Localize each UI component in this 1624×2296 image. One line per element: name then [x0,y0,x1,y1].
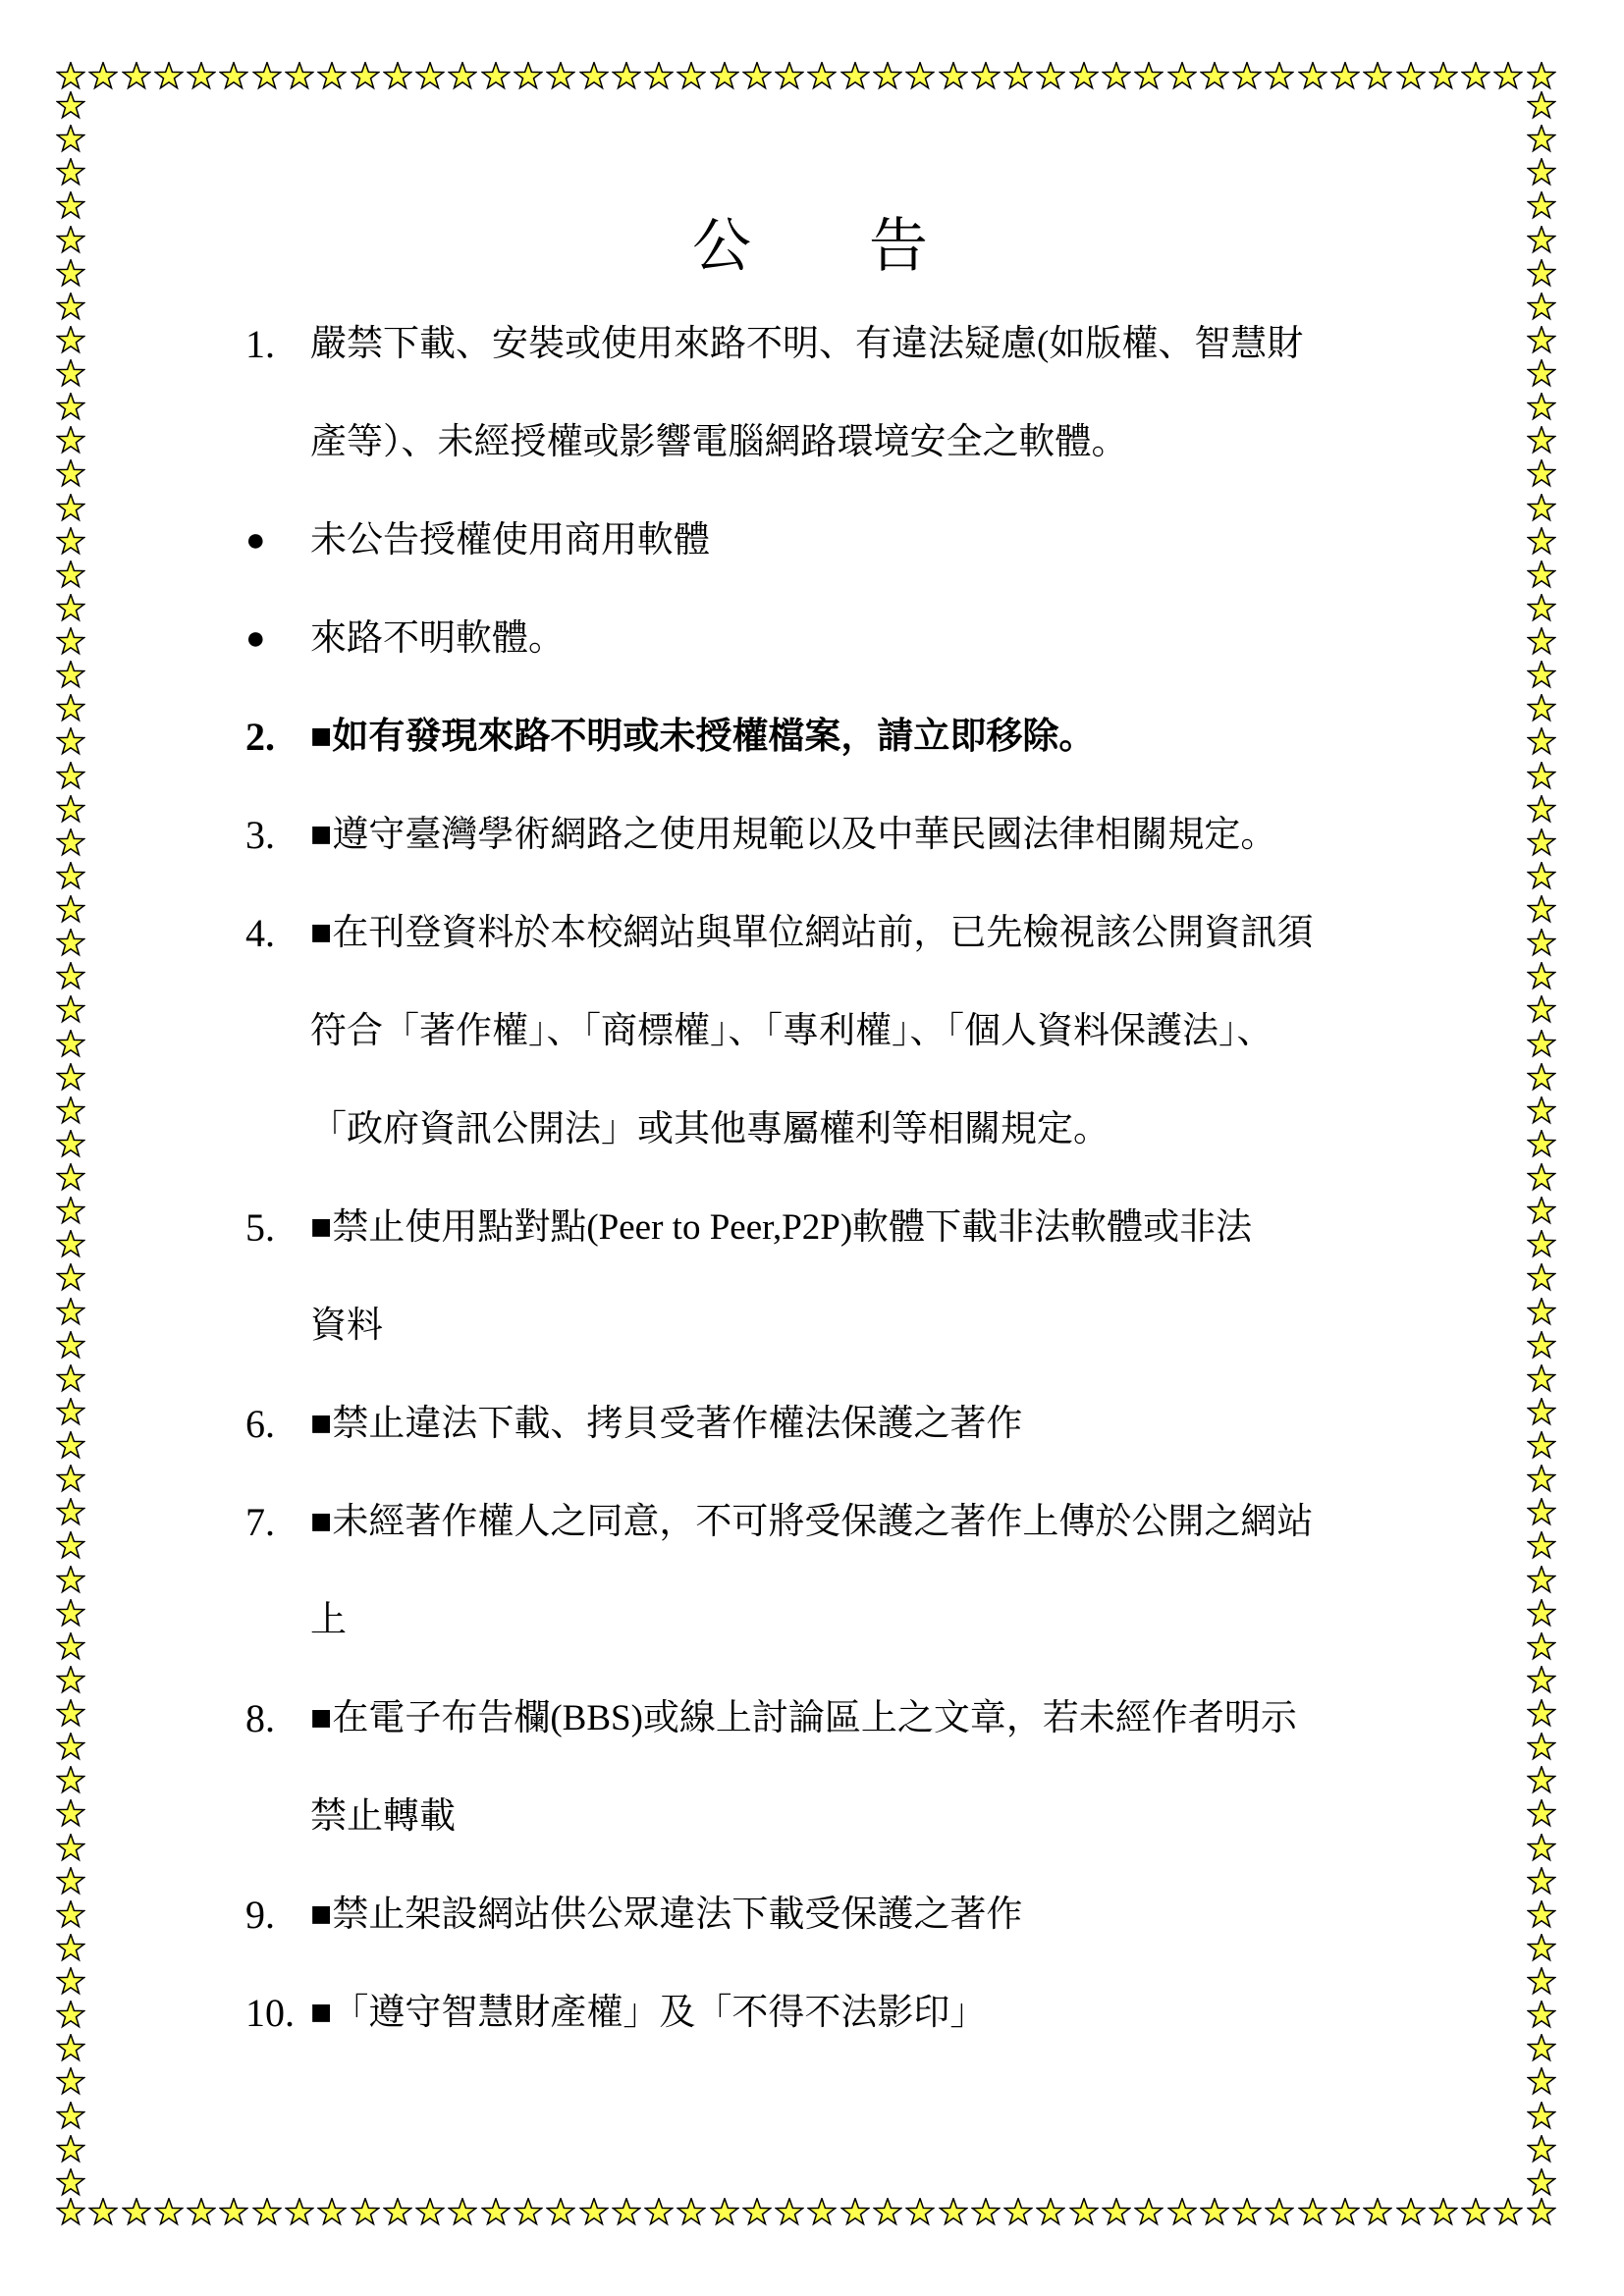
star-icon [56,158,85,187]
star-icon [481,62,511,91]
star-icon [56,1799,85,1829]
star-icon [1527,594,1556,623]
star-icon [1232,2198,1262,2227]
star-icon [1003,62,1033,91]
star-icon [1265,2198,1294,2227]
list-item: 1.嚴禁下載、安裝或使用來路不明、有違法疑慮(如版權、智慧財產等）、未經授權或影… [245,295,1434,492]
star-border-top [56,62,1556,91]
star-icon [677,2198,706,2227]
star-icon [415,62,445,91]
list-item: 7.■未經著作權人之同意，不可將受保護之著作上傳於公開之網站上 [245,1473,1434,1670]
star-icon [351,62,380,91]
star-icon [1134,62,1164,91]
star-icon [56,259,85,289]
star-icon [56,594,85,623]
star-icon [1102,62,1131,91]
star-icon [1200,62,1229,91]
star-icon [56,1531,85,1561]
star-icon [710,2198,739,2227]
star-icon [56,929,85,958]
star-icon [56,561,85,590]
item-number: 6. [245,1375,275,1473]
star-icon [1527,393,1556,422]
star-icon [56,393,85,422]
item-line: ■禁止架設網站供公眾違法下載受保護之著作 [245,1866,1434,1964]
star-icon [1527,1498,1556,1527]
star-icon [317,2198,347,2227]
star-icon [1265,62,1294,91]
star-border-bottom [56,2198,1556,2227]
star-icon [56,293,85,322]
star-icon [252,62,282,91]
star-icon [546,2198,575,2227]
star-icon [1527,293,1556,322]
star-icon [56,1599,85,1629]
star-icon [317,62,347,91]
star-icon [1527,762,1556,791]
item-number: 2. [245,688,275,786]
star-icon [56,91,85,121]
star-icon [1527,1733,1556,1762]
star-icon [56,2135,85,2164]
star-icon [56,1632,85,1662]
star-icon [807,2198,837,2227]
star-icon [1527,1030,1556,1059]
star-icon [1527,661,1556,690]
item-line: 來路不明軟體。 [245,590,1434,688]
star-icon [546,62,575,91]
star-icon [1527,1263,1556,1293]
item-line: 產等）、未經授權或影響電腦網路環境安全之軟體。 [245,394,1434,492]
star-icon [1527,1699,1556,1729]
item-line: ■在刊登資料於本校網站與單位網站前，已先檢視該公開資訊須 [245,884,1434,983]
star-icon [644,2198,674,2227]
star-icon [1527,828,1556,858]
star-icon [56,694,85,723]
star-icon [1461,2198,1490,2227]
bullet-marker: ● [245,492,266,590]
star-icon [840,2198,870,2227]
star-icon [939,62,968,91]
star-icon [1200,2198,1229,2227]
star-icon [252,2198,282,2227]
item-number: 1. [245,295,275,394]
page-title: 公 告 [245,197,1375,295]
star-icon [1527,1834,1556,1863]
star-icon [56,862,85,891]
star-icon [1069,62,1099,91]
star-icon [939,2198,968,2227]
star-icon [56,1566,85,1595]
star-icon [56,1834,85,1863]
star-icon [1527,158,1556,187]
star-icon [1527,62,1556,91]
star-icon [56,895,85,925]
star-icon [1527,1666,1556,1695]
star-icon [1232,62,1262,91]
star-icon [448,2198,477,2227]
list-item: ●來路不明軟體。 [245,590,1434,688]
star-icon [448,62,477,91]
star-icon [1527,627,1556,657]
star-icon [644,62,674,91]
item-line: ■禁止違法下載、拷貝受著作權法保護之著作 [245,1375,1434,1473]
star-icon [56,1130,85,1159]
star-icon [1527,561,1556,590]
star-icon [56,1867,85,1896]
star-icon [742,2198,772,2227]
star-icon [219,2198,248,2227]
star-icon [56,1230,85,1259]
star-icon [1527,2102,1556,2131]
star-icon [873,2198,902,2227]
star-icon [1134,2198,1164,2227]
star-icon [1527,1900,1556,1930]
list-item: 4.■在刊登資料於本校網站與單位網站前，已先檢視該公開資訊須符合「著作權」、「商… [245,884,1434,1179]
star-icon [971,62,1001,91]
item-line: ■在電子布告欄(BBS)或線上討論區上之文章，若未經作者明示 [245,1670,1434,1768]
item-number: 5. [245,1179,275,1277]
star-icon [187,2198,216,2227]
star-icon [56,62,85,91]
star-icon [1527,929,1556,958]
star-icon [1102,2198,1131,2227]
star-icon [1493,2198,1523,2227]
star-icon [775,62,804,91]
star-icon [1527,226,1556,255]
star-icon [905,2198,935,2227]
star-icon [1527,426,1556,455]
star-icon [56,226,85,255]
star-icon [56,2198,85,2227]
star-icon [1527,2135,1556,2164]
star-icon [481,2198,511,2227]
star-icon [56,1900,85,1930]
star-icon [56,2102,85,2131]
star-icon [1298,62,1327,91]
announcement-list: 1.嚴禁下載、安裝或使用來路不明、有違法疑慮(如版權、智慧財產等）、未經授權或影… [245,295,1434,2062]
list-item: 10.■「遵守智慧財產權」及「不得不法影印」 [245,1964,1434,2062]
star-icon [56,326,85,355]
item-number: 7. [245,1473,275,1572]
star-icon [905,62,935,91]
star-icon [1069,2198,1099,2227]
star-icon [56,1398,85,1427]
star-icon [56,962,85,991]
list-item: ●未公告授權使用商用軟體 [245,492,1434,590]
star-icon [710,62,739,91]
star-icon [56,1934,85,1963]
item-number: 4. [245,884,275,983]
star-icon [1527,2001,1556,2030]
star-icon [56,828,85,858]
star-icon [1527,1063,1556,1093]
star-icon [1330,2198,1360,2227]
star-icon [56,2034,85,2063]
star-icon [56,1263,85,1293]
star-icon [56,459,85,489]
star-icon [88,2198,118,2227]
star-icon [1330,62,1360,91]
item-line: ■遵守臺灣學術網路之使用規範以及中華民國法律相關規定。 [245,786,1434,884]
star-icon [1527,1934,1556,1963]
announcement-page: 公 告 1.嚴禁下載、安裝或使用來路不明、有違法疑慮(如版權、智慧財產等）、未經… [0,0,1624,2296]
star-icon [1036,62,1065,91]
star-icon [612,62,641,91]
star-icon [1527,1967,1556,1997]
star-icon [1527,1197,1556,1226]
star-icon [56,1063,85,1093]
star-icon [56,1163,85,1193]
star-icon [1396,2198,1426,2227]
star-icon [1527,1364,1556,1394]
star-icon [1527,494,1556,523]
star-icon [56,1666,85,1695]
star-icon [514,62,543,91]
star-icon [56,191,85,221]
star-icon [56,494,85,523]
star-icon [122,62,151,91]
star-icon [56,627,85,657]
star-icon [1527,862,1556,891]
star-icon [1003,2198,1033,2227]
star-border-left [56,91,85,2198]
star-icon [1527,895,1556,925]
star-icon [122,2198,151,2227]
star-icon [971,2198,1001,2227]
star-icon [1527,962,1556,991]
item-number: 8. [245,1670,275,1768]
item-line: 未公告授權使用商用軟體 [245,492,1434,590]
star-icon [1527,995,1556,1025]
star-icon [1527,1599,1556,1629]
list-item: 5.■禁止使用點對點(Peer to Peer,P2P)軟體下載非法軟體或非法資… [245,1179,1434,1375]
star-icon [351,2198,380,2227]
item-line: ■「遵守智慧財產權」及「不得不法影印」 [245,1964,1434,2062]
star-icon [56,1197,85,1226]
star-icon [1396,62,1426,91]
star-icon [285,62,314,91]
star-icon [1527,2198,1556,2227]
star-icon [56,1331,85,1361]
item-number: 10. [245,1964,295,2062]
star-icon [56,359,85,389]
star-icon [1527,2168,1556,2198]
star-icon [1363,62,1392,91]
list-item: 3.■遵守臺灣學術網路之使用規範以及中華民國法律相關規定。 [245,786,1434,884]
item-number: 9. [245,1866,275,1964]
star-icon [1167,62,1197,91]
star-icon [1527,1398,1556,1427]
star-icon [1429,2198,1458,2227]
star-icon [1527,1163,1556,1193]
star-icon [612,2198,641,2227]
star-icon [1461,62,1490,91]
star-icon [1527,527,1556,557]
star-icon [383,2198,412,2227]
star-icon [1527,1298,1556,1327]
star-icon [1527,1867,1556,1896]
star-icon [56,1364,85,1394]
star-icon [56,527,85,557]
star-icon [1527,359,1556,389]
star-icon [1527,1632,1556,1662]
star-icon [56,426,85,455]
star-icon [840,62,870,91]
star-icon [56,1431,85,1461]
star-icon [56,125,85,154]
star-icon [56,1967,85,1997]
star-icon [514,2198,543,2227]
star-icon [1036,2198,1065,2227]
star-icon [1527,1799,1556,1829]
star-icon [1527,1331,1556,1361]
item-line: 嚴禁下載、安裝或使用來路不明、有違法疑慮(如版權、智慧財 [245,295,1434,394]
star-icon [56,1766,85,1795]
star-icon [56,795,85,825]
star-icon [56,1699,85,1729]
star-icon [677,62,706,91]
item-number: 3. [245,786,275,884]
star-icon [807,62,837,91]
star-icon [56,1298,85,1327]
star-icon [1493,62,1523,91]
star-icon [187,62,216,91]
star-icon [1167,2198,1197,2227]
star-icon [56,1030,85,1059]
star-icon [1527,91,1556,121]
star-icon [285,2198,314,2227]
star-icon [1527,1431,1556,1461]
star-icon [1527,1465,1556,1494]
star-icon [1527,191,1556,221]
star-icon [56,1096,85,1126]
list-item: 6.■禁止違法下載、拷貝受著作權法保護之著作 [245,1375,1434,1473]
star-icon [1363,2198,1392,2227]
star-icon [1527,1230,1556,1259]
star-icon [56,1733,85,1762]
item-line: 禁止轉載 [245,1768,1434,1866]
star-icon [56,995,85,1025]
star-icon [1527,1566,1556,1595]
star-icon [1527,326,1556,355]
star-icon [56,2168,85,2198]
star-icon [1527,125,1556,154]
star-icon [1527,1531,1556,1561]
star-icon [56,2001,85,2030]
star-icon [56,727,85,757]
star-border-right [1527,91,1556,2198]
star-icon [88,62,118,91]
item-line: 上 [245,1572,1434,1670]
list-item: 9.■禁止架設網站供公眾違法下載受保護之著作 [245,1866,1434,1964]
list-item: 2.■如有發現來路不明或未授權檔案，請立即移除。 [245,688,1434,786]
star-icon [775,2198,804,2227]
star-icon [1527,727,1556,757]
star-icon [219,62,248,91]
star-icon [1298,2198,1327,2227]
star-icon [1527,694,1556,723]
item-line: ■未經著作權人之同意，不可將受保護之著作上傳於公開之網站 [245,1473,1434,1572]
star-icon [56,762,85,791]
star-icon [1527,2034,1556,2063]
item-line: 符合「著作權」、「商標權」、「專利權」、「個人資料保護法」、 [245,983,1434,1081]
star-icon [1527,1096,1556,1126]
star-icon [742,62,772,91]
star-icon [56,1465,85,1494]
item-line: 資料 [245,1277,1434,1375]
star-icon [383,62,412,91]
star-icon [56,1498,85,1527]
star-icon [873,62,902,91]
star-icon [56,2067,85,2097]
star-icon [415,2198,445,2227]
item-line: ■禁止使用點對點(Peer to Peer,P2P)軟體下載非法軟體或非法 [245,1179,1434,1277]
star-icon [1527,1766,1556,1795]
star-icon [1527,1130,1556,1159]
bullet-marker: ● [245,590,266,688]
star-icon [1429,62,1458,91]
star-icon [154,62,184,91]
star-icon [1527,459,1556,489]
star-icon [579,62,609,91]
star-icon [579,2198,609,2227]
star-icon [1527,2067,1556,2097]
star-icon [56,661,85,690]
item-line: 「政府資訊公開法」或其他專屬權利等相關規定。 [245,1081,1434,1179]
star-icon [1527,259,1556,289]
star-icon [1527,795,1556,825]
list-item: 8.■在電子布告欄(BBS)或線上討論區上之文章，若未經作者明示禁止轉載 [245,1670,1434,1866]
announcement-content: 公 告 1.嚴禁下載、安裝或使用來路不明、有違法疑慮(如版權、智慧財產等）、未經… [245,197,1434,2062]
item-line: ■如有發現來路不明或未授權檔案，請立即移除。 [245,688,1434,786]
star-icon [154,2198,184,2227]
